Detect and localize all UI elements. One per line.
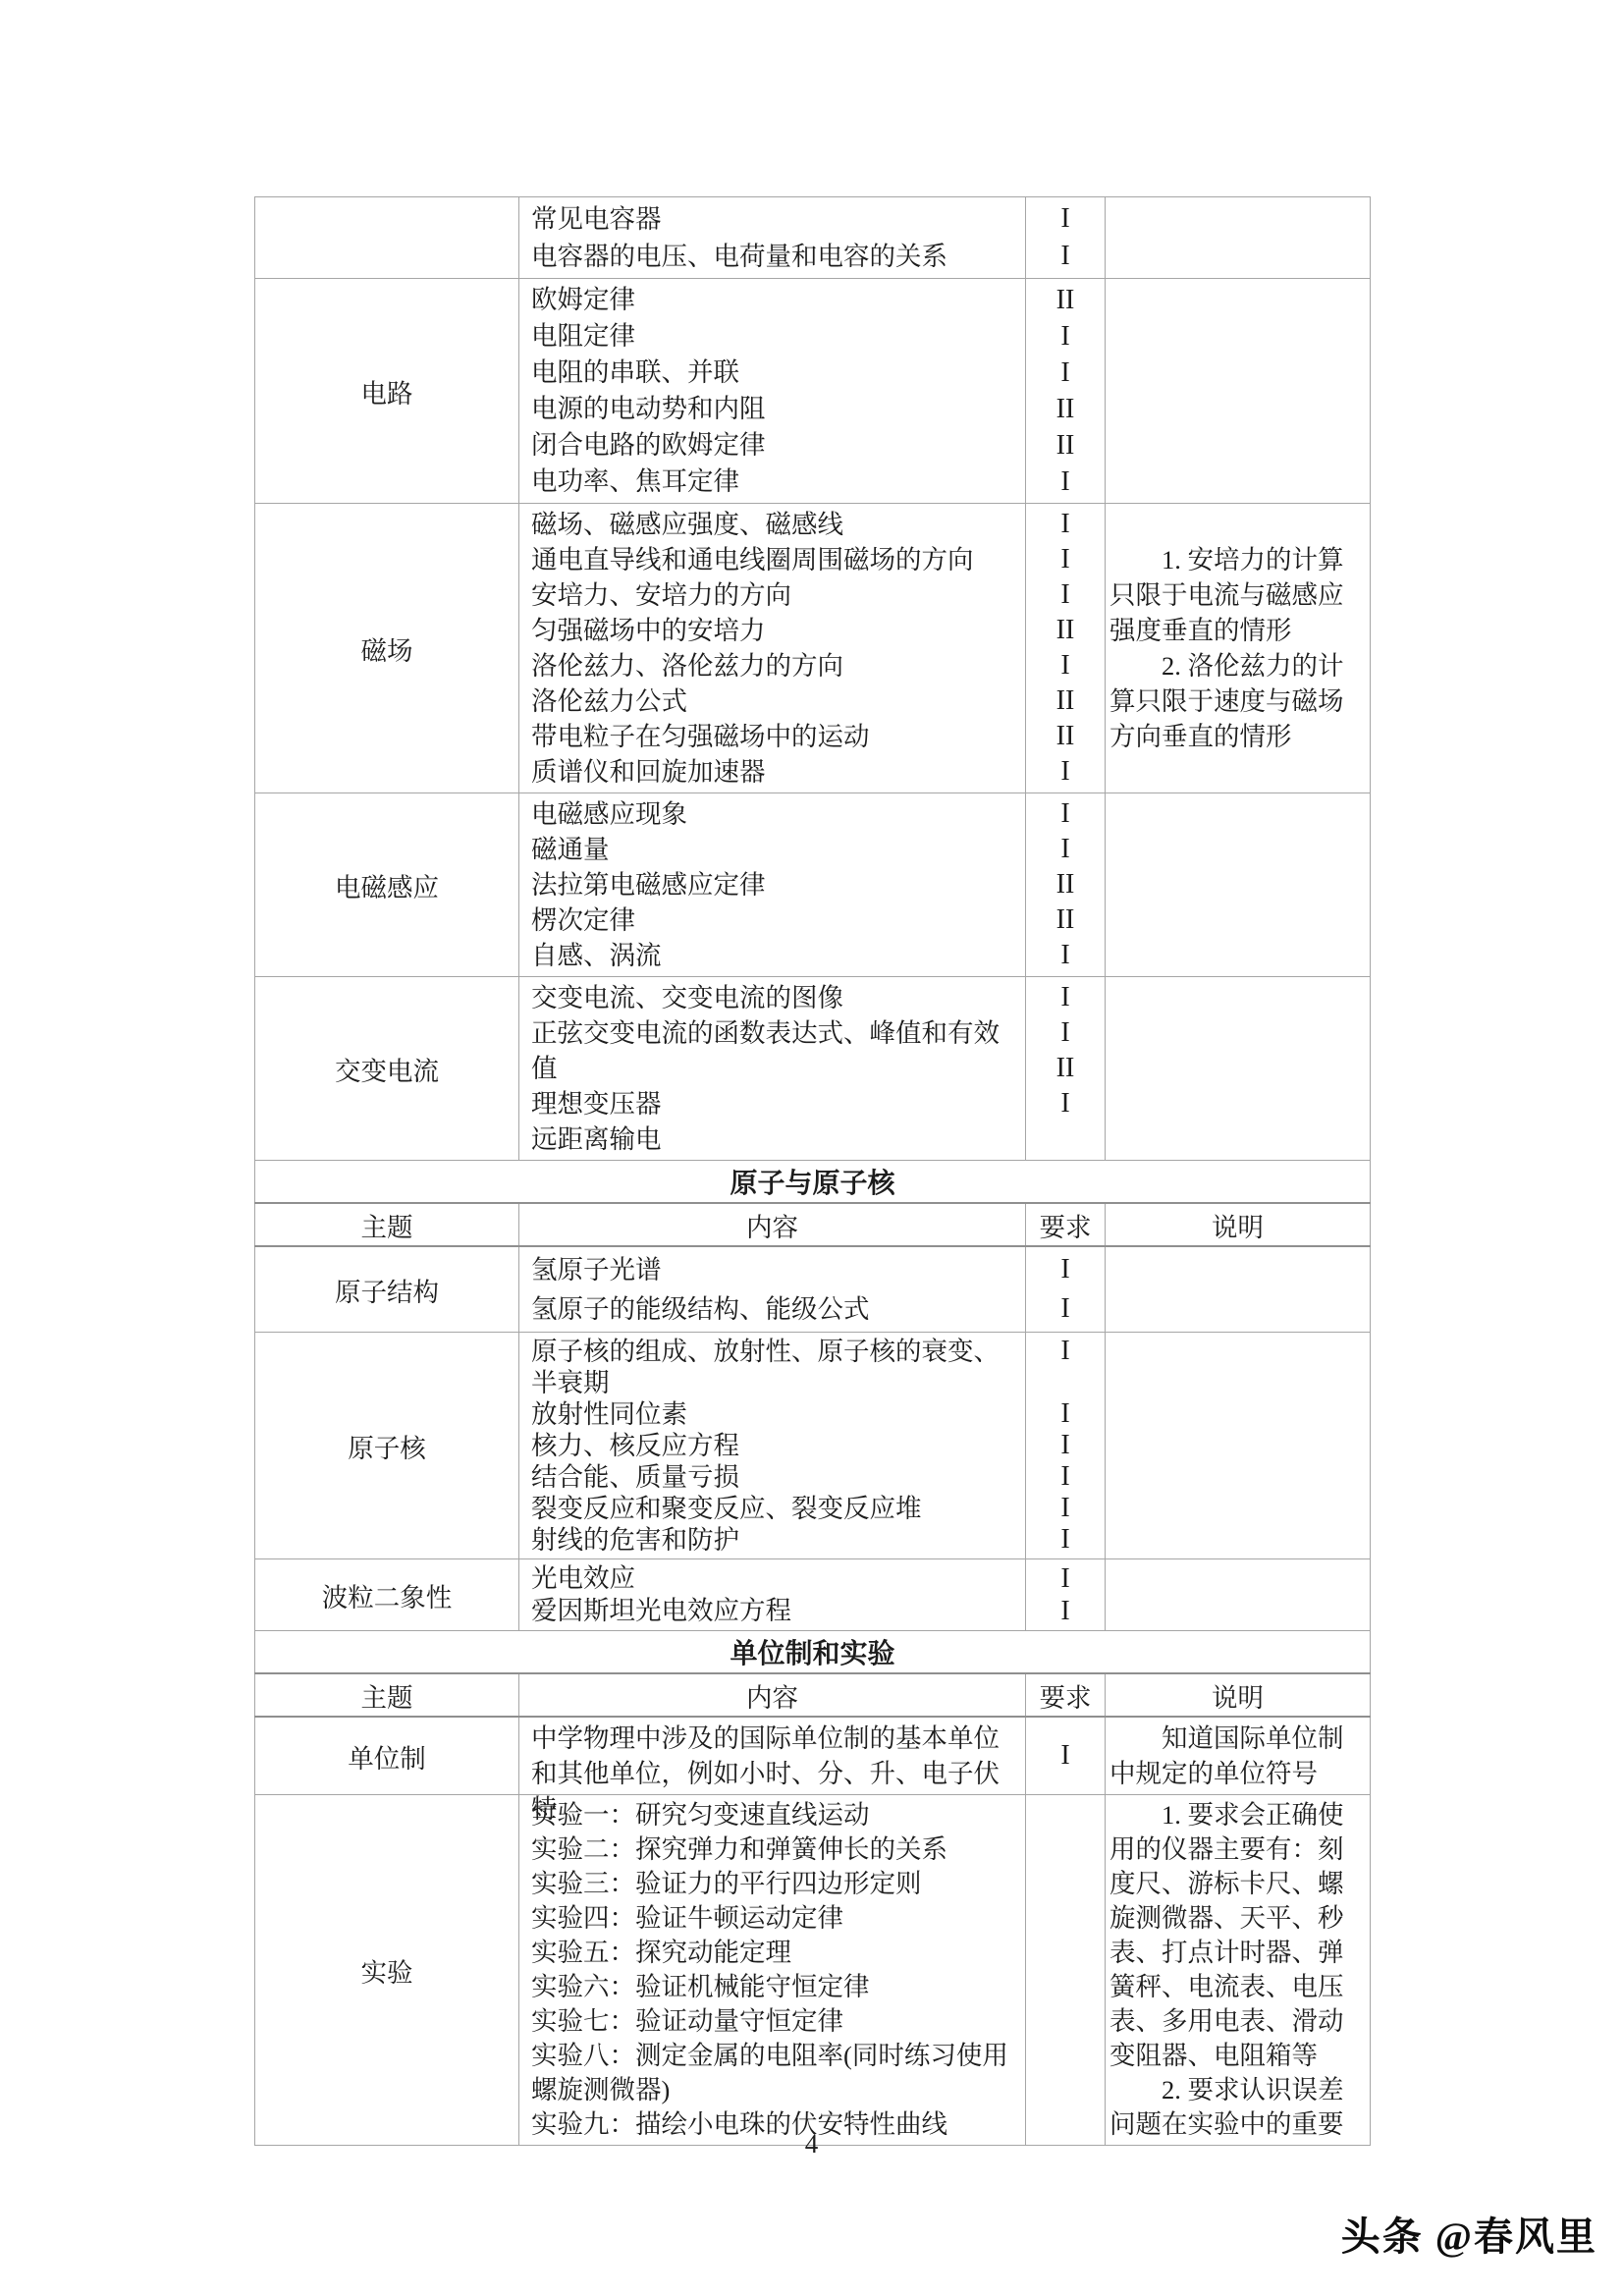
requirement-cell: IIIIIIIIIII xyxy=(1026,504,1106,793)
content-line: 电功率、焦耳定律 xyxy=(531,464,1023,500)
content-line: 中学物理中涉及的国际单位制的基本单位和其他单位，例如小时、分、升、电子伏特 xyxy=(531,1721,1023,1791)
watermark-text: 头条 @春风里 xyxy=(1341,2206,1597,2262)
content-line: 理想变压器 xyxy=(531,1086,1023,1121)
requirement-cell xyxy=(1026,1795,1106,2146)
content-cell: 中学物理中涉及的国际单位制的基本单位和其他单位，例如小时、分、升、电子伏特 xyxy=(519,1717,1026,1795)
content-cell: 磁场、磁感应强度、磁感线通电直导线和通电线圈周围磁场的方向安培力、安培力的方向匀… xyxy=(519,504,1026,793)
column-header-row: 主题内容要求说明 xyxy=(255,1203,1371,1246)
table-row: 原子结构氢原子光谱氢原子的能级结构、能级公式II xyxy=(255,1246,1371,1333)
column-header-cell: 要求 xyxy=(1026,1673,1106,1717)
note-cell xyxy=(1106,977,1371,1161)
requirement-value: I xyxy=(1026,1015,1105,1051)
topic-cell: 单位制 xyxy=(255,1717,519,1795)
requirement-value: I xyxy=(1026,1461,1105,1493)
section-title: 原子与原子核 xyxy=(255,1161,1371,1204)
column-header-cell: 内容 xyxy=(519,1673,1026,1717)
requirement-value: I xyxy=(1026,577,1105,613)
content-line: 光电效应 xyxy=(531,1562,1023,1595)
content-cell: 电磁感应现象磁通量法拉第电磁感应定律楞次定律自感、涡流 xyxy=(519,793,1026,977)
content-line: 电阻定律 xyxy=(531,318,1023,355)
content-line: 洛伦兹力、洛伦兹力的方向 xyxy=(531,648,1023,683)
content-line: 正弦交变电流的函数表达式、峰值和有效值 xyxy=(531,1015,1023,1086)
content-cell: 欧姆定律电阻定律电阻的串联、并联电源的电动势和内阻闭合电路的欧姆定律电功率、焦耳… xyxy=(519,279,1026,504)
content-cell: 实验一：研究匀变速直线运动实验二：探究弹力和弹簧伸长的关系实验三：验证力的平行四… xyxy=(519,1795,1026,2146)
topic-cell: 磁场 xyxy=(255,504,519,793)
requirement-value: II xyxy=(1026,902,1105,938)
requirement-value xyxy=(1026,1867,1105,1901)
note-cell xyxy=(1106,279,1371,504)
topic-cell: 电磁感应 xyxy=(255,793,519,977)
requirement-cell: I xyxy=(1026,1717,1106,1795)
content-line: 通电直导线和通电线圈周围磁场的方向 xyxy=(531,542,1023,577)
content-cell: 氢原子光谱氢原子的能级结构、能级公式 xyxy=(519,1246,1026,1333)
requirement-value: I xyxy=(1026,1721,1105,1791)
table-row: 交变电流交变电流、交变电流的图像正弦交变电流的函数表达式、峰值和有效值理想变压器… xyxy=(255,977,1371,1161)
requirement-value: II xyxy=(1026,867,1105,902)
content-line: 法拉第电磁感应定律 xyxy=(531,867,1023,902)
requirement-value: I xyxy=(1026,832,1105,867)
content-cell: 交变电流、交变电流的图像正弦交变电流的函数表达式、峰值和有效值理想变压器远距离输… xyxy=(519,977,1026,1161)
table-row: 常见电容器电容器的电压、电荷量和电容的关系II xyxy=(255,197,1371,279)
content-line: 实验三：验证力的平行四边形定则 xyxy=(531,1867,1023,1901)
requirement-value: I xyxy=(1026,980,1105,1015)
requirement-value xyxy=(1026,1970,1105,2004)
table-row: 磁场磁场、磁感应强度、磁感线通电直导线和通电线圈周围磁场的方向安培力、安培力的方… xyxy=(255,504,1371,793)
content-line: 氢原子光谱 xyxy=(531,1250,1023,1289)
table-row: 电路欧姆定律电阻定律电阻的串联、并联电源的电动势和内阻闭合电路的欧姆定律电功率、… xyxy=(255,279,1371,504)
note-paragraph: 1. 要求会正确使用的仪器主要有：刻度尺、游标卡尺、螺旋测微器、天平、秒表、打点… xyxy=(1109,1798,1366,2073)
requirement-value xyxy=(1026,1901,1105,1936)
requirement-value: I xyxy=(1026,542,1105,577)
content-line: 裂变反应和聚变反应、裂变反应堆 xyxy=(531,1493,1023,1524)
requirement-value xyxy=(1026,2039,1105,2107)
note-cell xyxy=(1106,1559,1371,1631)
section-title-row: 单位制和实验 xyxy=(255,1631,1371,1674)
syllabus-table-body: 常见电容器电容器的电压、电荷量和电容的关系II电路欧姆定律电阻定律电阻的串联、并… xyxy=(255,197,1371,2146)
requirement-value: I xyxy=(1026,1595,1105,1627)
note-cell xyxy=(1106,197,1371,279)
content-line: 电磁感应现象 xyxy=(531,796,1023,832)
content-line: 匀强磁场中的安培力 xyxy=(531,613,1023,648)
requirement-cell: II xyxy=(1026,1246,1106,1333)
requirement-value: I xyxy=(1026,1289,1105,1329)
requirement-value: II xyxy=(1026,683,1105,719)
syllabus-table: 常见电容器电容器的电压、电荷量和电容的关系II电路欧姆定律电阻定律电阻的串联、并… xyxy=(254,196,1371,2146)
content-line: 实验二：探究弹力和弹簧伸长的关系 xyxy=(531,1832,1023,1867)
page-number: 4 xyxy=(0,2129,1623,2159)
content-line: 磁通量 xyxy=(531,832,1023,867)
content-cell: 常见电容器电容器的电压、电荷量和电容的关系 xyxy=(519,197,1026,279)
requirement-cell: IIIII xyxy=(1026,977,1106,1161)
content-line: 射线的危害和防护 xyxy=(531,1524,1023,1556)
content-line: 原子核的组成、放射性、原子核的衰变、半衰期 xyxy=(531,1336,1023,1398)
requirement-cell: IIIIII xyxy=(1026,1333,1106,1559)
content-line: 常见电容器 xyxy=(531,200,1023,238)
requirement-value: II xyxy=(1026,282,1105,318)
requirement-value xyxy=(1026,1832,1105,1867)
requirement-value: I xyxy=(1026,355,1105,391)
table-row: 单位制中学物理中涉及的国际单位制的基本单位和其他单位，例如小时、分、升、电子伏特… xyxy=(255,1717,1371,1795)
column-header-cell: 主题 xyxy=(255,1673,519,1717)
requirement-value: I xyxy=(1026,1524,1105,1556)
table-row: 原子核原子核的组成、放射性、原子核的衰变、半衰期放射性同位素核力、核反应方程结合… xyxy=(255,1333,1371,1559)
topic-cell: 交变电流 xyxy=(255,977,519,1161)
content-line: 实验七：验证动量守恒定律 xyxy=(531,2004,1023,2039)
column-header-cell: 说明 xyxy=(1106,1203,1371,1246)
content-line: 欧姆定律 xyxy=(531,282,1023,318)
content-line: 放射性同位素 xyxy=(531,1398,1023,1430)
content-line: 磁场、磁感应强度、磁感线 xyxy=(531,507,1023,542)
requirement-value: I xyxy=(1026,938,1105,973)
note-cell: 知道国际单位制中规定的单位符号 xyxy=(1106,1717,1371,1795)
content-line: 电阻的串联、并联 xyxy=(531,355,1023,391)
content-line: 交变电流、交变电流的图像 xyxy=(531,980,1023,1015)
content-line: 实验一：研究匀变速直线运动 xyxy=(531,1798,1023,1832)
requirement-value xyxy=(1026,1798,1105,1832)
content-line: 实验八：测定金属的电阻率(同时练习使用螺旋测微器) xyxy=(531,2039,1023,2107)
requirement-value xyxy=(1026,1936,1105,1970)
content-line: 电容器的电压、电荷量和电容的关系 xyxy=(531,238,1023,275)
requirement-value: I xyxy=(1026,1086,1105,1121)
table-row: 电磁感应电磁感应现象磁通量法拉第电磁感应定律楞次定律自感、涡流IIIIIII xyxy=(255,793,1371,977)
topic-cell: 原子核 xyxy=(255,1333,519,1559)
requirement-value: I xyxy=(1026,648,1105,683)
requirement-value xyxy=(1026,2004,1105,2039)
section-title-row: 原子与原子核 xyxy=(255,1161,1371,1204)
requirement-value: I xyxy=(1026,507,1105,542)
content-line: 实验五：探究动能定理 xyxy=(531,1936,1023,1970)
content-line: 楞次定律 xyxy=(531,902,1023,938)
requirement-value: I xyxy=(1026,796,1105,832)
column-header-row: 主题内容要求说明 xyxy=(255,1673,1371,1717)
requirement-value: I xyxy=(1026,318,1105,355)
requirement-value: I xyxy=(1026,1250,1105,1289)
note-cell xyxy=(1106,1246,1371,1333)
note-cell xyxy=(1106,793,1371,977)
requirement-value: II xyxy=(1026,1051,1105,1086)
topic-cell xyxy=(255,197,519,279)
note-paragraph: 1. 安培力的计算只限于电流与磁感应强度垂直的情形 xyxy=(1109,542,1366,648)
requirement-cell: II xyxy=(1026,1559,1106,1631)
requirement-value: I xyxy=(1026,1398,1105,1430)
column-header-cell: 内容 xyxy=(519,1203,1026,1246)
content-line: 实验四：验证牛顿运动定律 xyxy=(531,1901,1023,1936)
requirement-value: I xyxy=(1026,238,1105,275)
content-cell: 光电效应爱因斯坦光电效应方程 xyxy=(519,1559,1026,1631)
requirement-value: I xyxy=(1026,1493,1105,1524)
topic-cell: 波粒二象性 xyxy=(255,1559,519,1631)
section-title: 单位制和实验 xyxy=(255,1631,1371,1674)
content-line: 带电粒子在匀强磁场中的运动 xyxy=(531,719,1023,754)
note-paragraph: 知道国际单位制中规定的单位符号 xyxy=(1109,1721,1366,1791)
content-line: 安培力、安培力的方向 xyxy=(531,577,1023,613)
content-line: 爱因斯坦光电效应方程 xyxy=(531,1595,1023,1627)
requirement-value: II xyxy=(1026,427,1105,464)
requirement-value: II xyxy=(1026,391,1105,427)
table-row: 实验实验一：研究匀变速直线运动实验二：探究弹力和弹簧伸长的关系实验三：验证力的平… xyxy=(255,1795,1371,2146)
topic-cell: 电路 xyxy=(255,279,519,504)
requirement-value: I xyxy=(1026,464,1105,500)
content-line: 闭合电路的欧姆定律 xyxy=(531,427,1023,464)
requirement-value: I xyxy=(1026,754,1105,790)
content-line: 远距离输电 xyxy=(531,1121,1023,1157)
note-cell: 1. 要求会正确使用的仪器主要有：刻度尺、游标卡尺、螺旋测微器、天平、秒表、打点… xyxy=(1106,1795,1371,2146)
content-line: 洛伦兹力公式 xyxy=(531,683,1023,719)
requirement-value: II xyxy=(1026,719,1105,754)
requirement-cell: II xyxy=(1026,197,1106,279)
content-line: 自感、涡流 xyxy=(531,938,1023,973)
topic-cell: 原子结构 xyxy=(255,1246,519,1333)
column-header-cell: 要求 xyxy=(1026,1203,1106,1246)
content-line: 核力、核反应方程 xyxy=(531,1430,1023,1461)
note-paragraph: 2. 洛伦兹力的计算只限于速度与磁场方向垂直的情形 xyxy=(1109,648,1366,754)
column-header-cell: 主题 xyxy=(255,1203,519,1246)
requirement-value: I xyxy=(1026,1562,1105,1595)
requirement-cell: IIIIIIIII xyxy=(1026,279,1106,504)
note-cell xyxy=(1106,1333,1371,1559)
requirement-value: II xyxy=(1026,613,1105,648)
table-row: 波粒二象性光电效应爱因斯坦光电效应方程II xyxy=(255,1559,1371,1631)
note-cell: 1. 安培力的计算只限于电流与磁感应强度垂直的情形2. 洛伦兹力的计算只限于速度… xyxy=(1106,504,1371,793)
requirement-cell: IIIIIII xyxy=(1026,793,1106,977)
requirement-value: I xyxy=(1026,200,1105,238)
content-line: 结合能、质量亏损 xyxy=(531,1461,1023,1493)
column-header-cell: 说明 xyxy=(1106,1673,1371,1717)
content-line: 电源的电动势和内阻 xyxy=(531,391,1023,427)
document-page: 常见电容器电容器的电压、电荷量和电容的关系II电路欧姆定律电阻定律电阻的串联、并… xyxy=(0,0,1623,2296)
content-line: 实验六：验证机械能守恒定律 xyxy=(531,1970,1023,2004)
requirement-value: I xyxy=(1026,1430,1105,1461)
topic-cell: 实验 xyxy=(255,1795,519,2146)
requirement-value: I xyxy=(1026,1336,1105,1398)
content-line: 氢原子的能级结构、能级公式 xyxy=(531,1289,1023,1329)
content-line: 质谱仪和回旋加速器 xyxy=(531,754,1023,790)
content-cell: 原子核的组成、放射性、原子核的衰变、半衰期放射性同位素核力、核反应方程结合能、质… xyxy=(519,1333,1026,1559)
